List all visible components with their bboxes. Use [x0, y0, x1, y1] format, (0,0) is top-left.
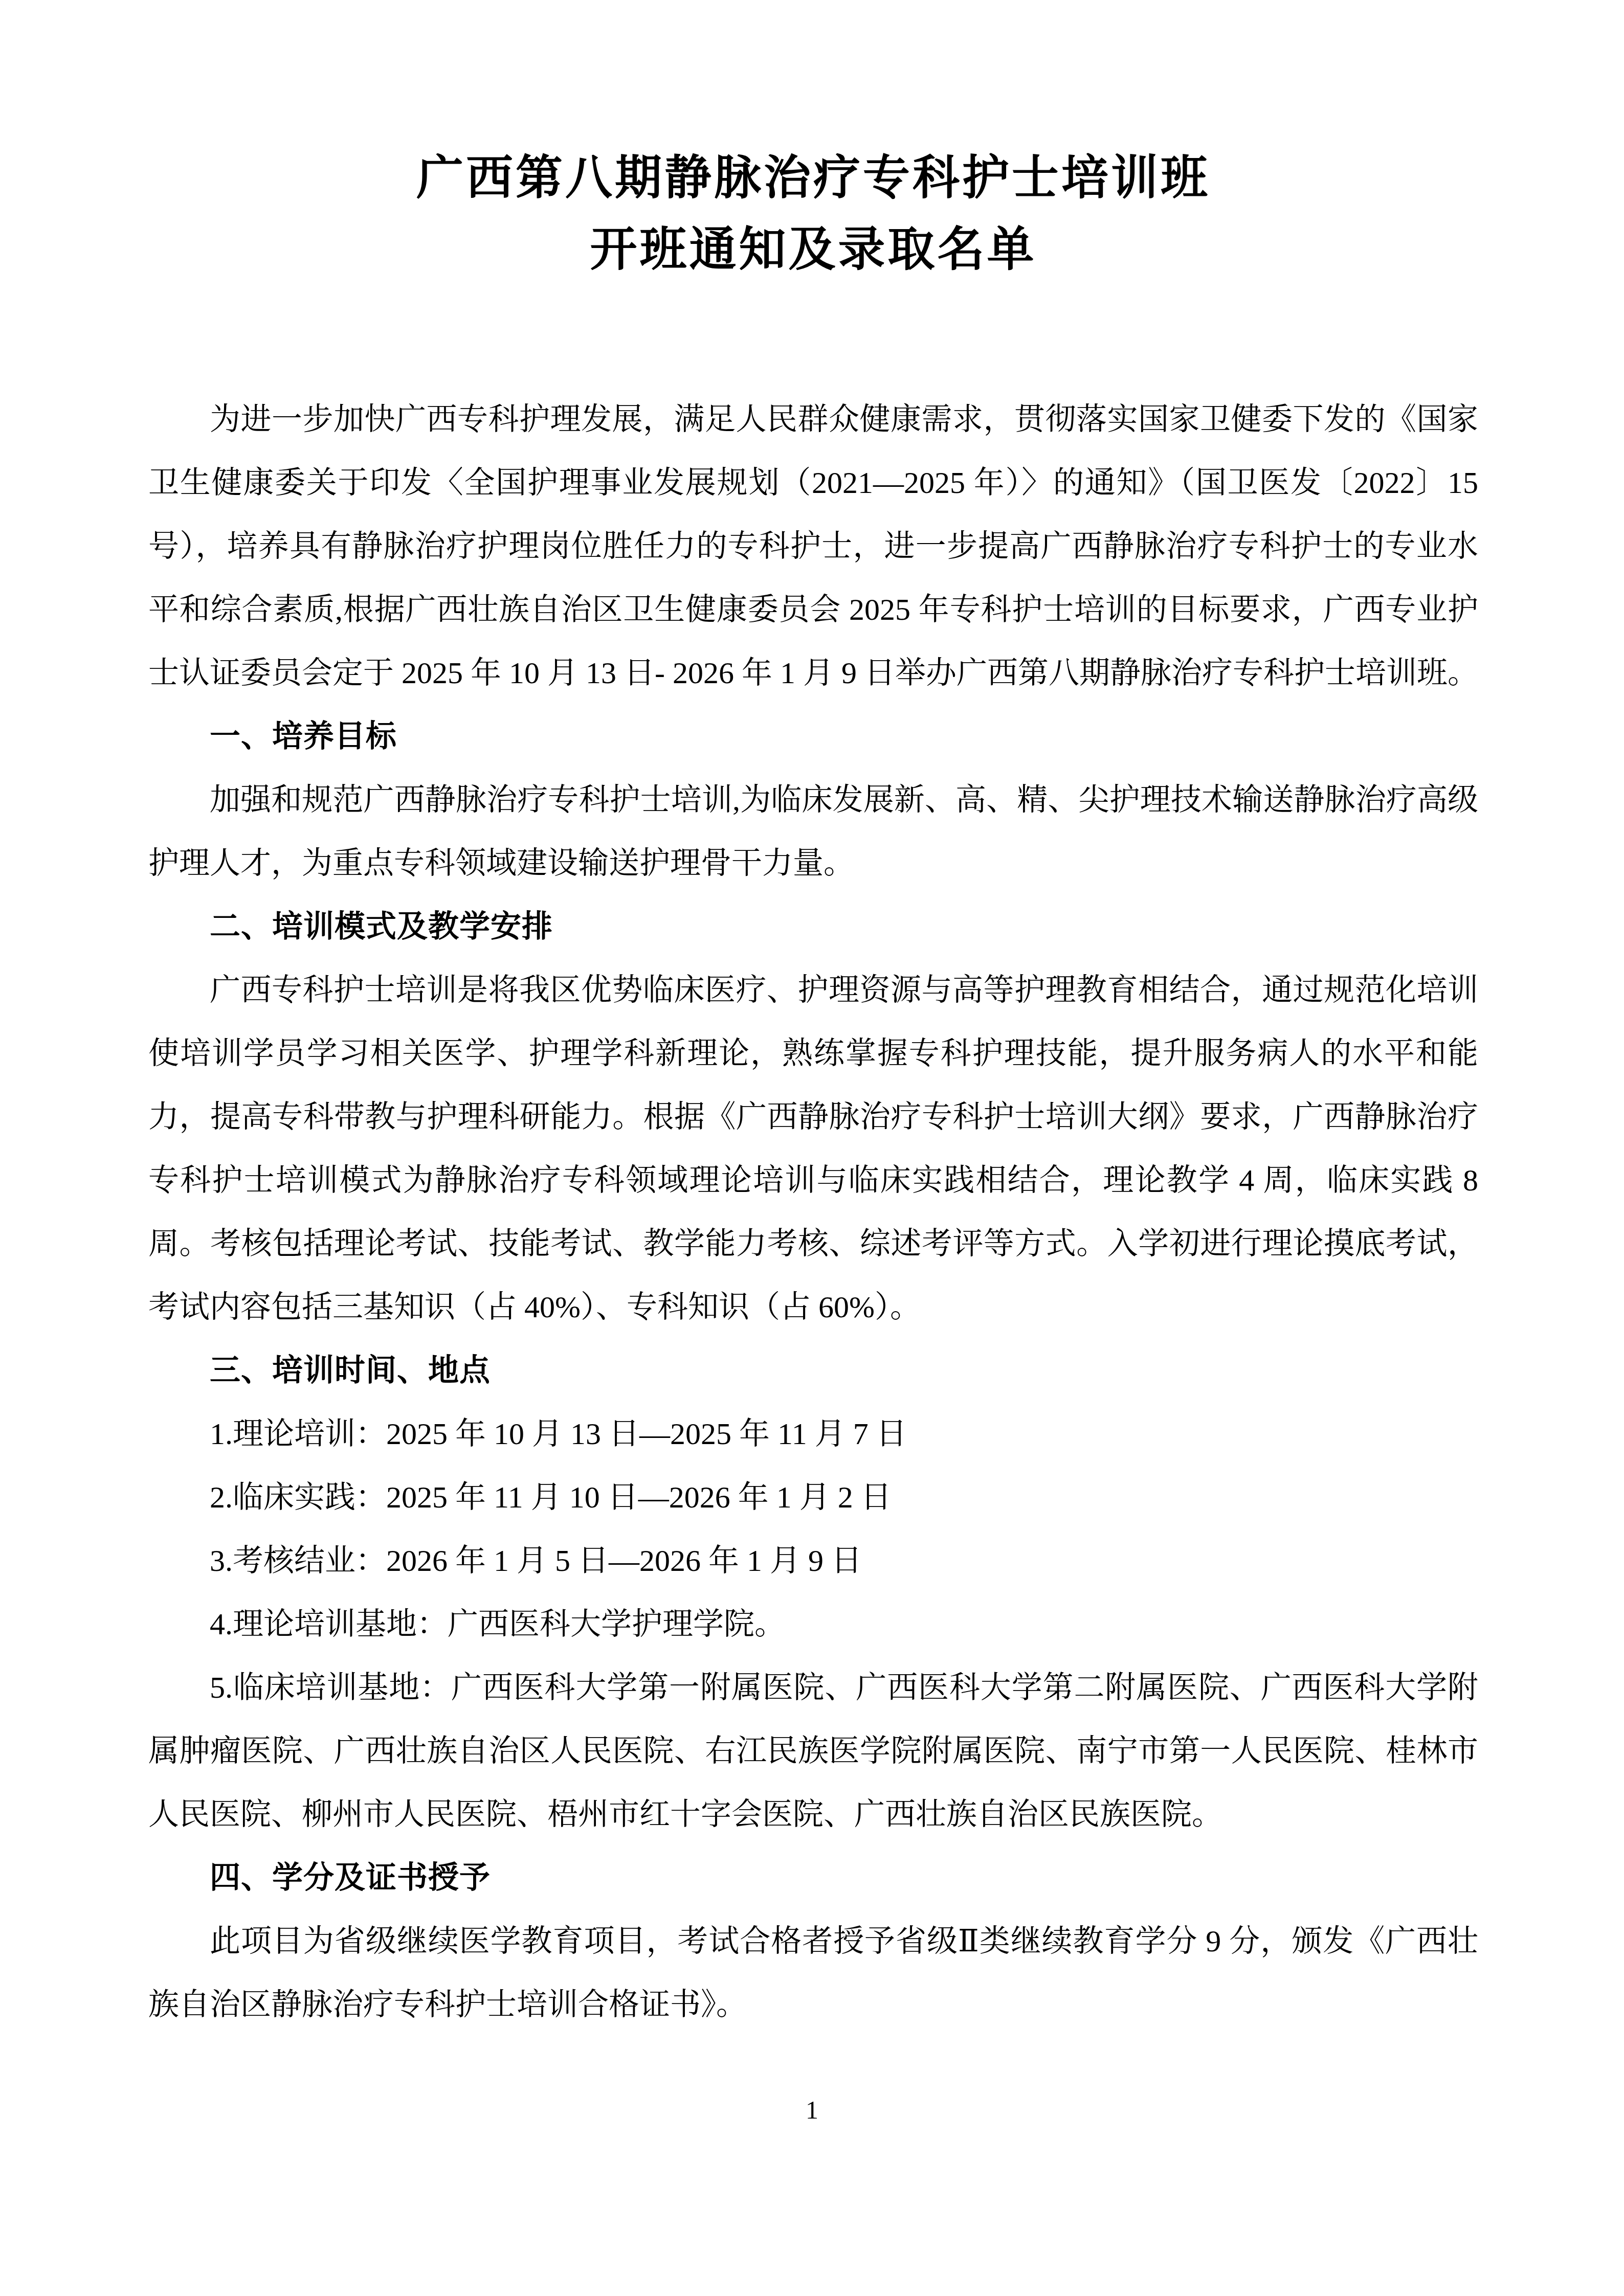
document-title: 广西第八期静脉治疗专科护士培训班 开班通知及录取名单 — [148, 142, 1478, 285]
training-goal-paragraph: 加强和规范广西静脉治疗专科护士培训,为临床发展新、高、精、尖护理技术输送静脉治疗… — [148, 768, 1478, 895]
schedule-item-assessment: 3.考核结业：2026 年 1 月 5 日—2026 年 1 月 9 日 — [148, 1529, 1478, 1592]
section-heading-time-place: 三、培训时间、地点 — [148, 1339, 1478, 1402]
document-title-line-2: 开班通知及录取名单 — [148, 214, 1478, 285]
section-heading-training-mode: 二、培训模式及教学安排 — [148, 895, 1478, 958]
page-number: 1 — [0, 2095, 1624, 2125]
section-heading-training-goal: 一、培养目标 — [148, 705, 1478, 768]
credits-certificate-paragraph: 此项目为省级继续医学教育项目，考试合格者授予省级Ⅱ类继续教育学分 9 分，颁发《… — [148, 1909, 1478, 2036]
training-mode-paragraph: 广西专科护士培训是将我区优势临床医疗、护理资源与高等护理教育相结合，通过规范化培… — [148, 958, 1478, 1339]
document-page: 广西第八期静脉治疗专科护士培训班 开班通知及录取名单 为进一步加快广西专科护理发… — [0, 0, 1624, 2296]
schedule-item-theory-base: 4.理论培训基地：广西医科大学护理学院。 — [148, 1592, 1478, 1656]
section-heading-credits-certificate: 四、学分及证书授予 — [148, 1846, 1478, 1909]
schedule-item-theory-training: 1.理论培训：2025 年 10 月 13 日—2025 年 11 月 7 日 — [148, 1402, 1478, 1466]
document-title-line-1: 广西第八期静脉治疗专科护士培训班 — [148, 142, 1478, 214]
schedule-item-clinical-practice: 2.临床实践：2025 年 11 月 10 日—2026 年 1 月 2 日 — [148, 1466, 1478, 1529]
schedule-item-clinical-bases: 5.临床培训基地：广西医科大学第一附属医院、广西医科大学第二附属医院、广西医科大… — [148, 1656, 1478, 1846]
intro-paragraph: 为进一步加快广西专科护理发展，满足人民群众健康需求，贯彻落实国家卫健委下发的《国… — [148, 388, 1478, 705]
